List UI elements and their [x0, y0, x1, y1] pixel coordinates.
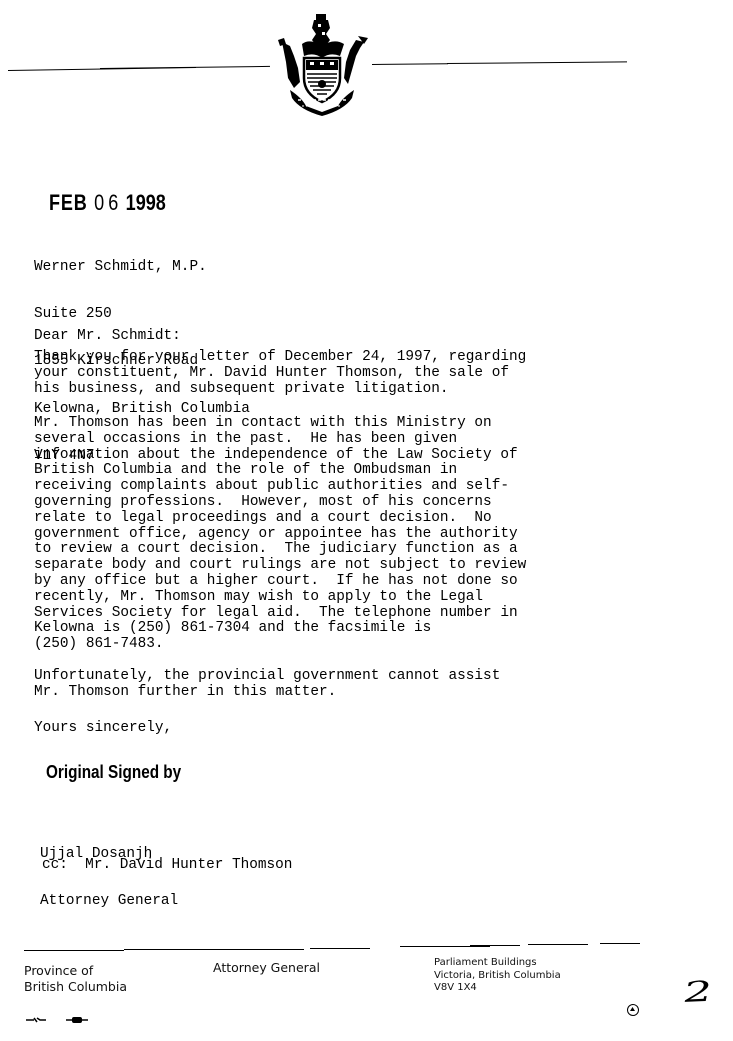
- date-stamp-month: FEB: [49, 190, 88, 215]
- footer-province: Province of British Columbia: [24, 963, 127, 995]
- body-paragraph-3: Unfortunately, the provincial government…: [34, 669, 500, 701]
- signer-title: Attorney General: [40, 894, 178, 910]
- footer-address-line: Parliament Buildings: [434, 957, 561, 970]
- footer-rule: [470, 945, 520, 946]
- coat-of-arms-icon: [272, 12, 372, 116]
- date-stamp-year: 1998: [126, 190, 166, 215]
- footer-rule: [400, 946, 490, 947]
- footer-ministry: Attorney General: [213, 960, 320, 975]
- printer-marks-icon: [24, 1016, 94, 1024]
- footer-province-line: British Columbia: [24, 979, 127, 995]
- handwritten-page-number: 2: [682, 975, 714, 1009]
- closing: Yours sincerely,: [34, 721, 172, 737]
- header-rule-right: [447, 61, 627, 64]
- footer-province-line: Province of: [24, 963, 127, 979]
- footer-address-line: V8V 1X4: [434, 982, 561, 995]
- date-stamp-day: 06: [94, 190, 122, 215]
- signature-stamp: Original Signed by: [46, 762, 181, 783]
- letter-page: FEB061998 Werner Schmidt, M.P. Suite 250…: [0, 0, 733, 1041]
- footer-rule: [124, 949, 304, 950]
- recipient-line: Suite 250: [34, 307, 250, 323]
- cc-line: cc: Mr. David Hunter Thomson: [42, 858, 292, 874]
- footer-rule: [24, 950, 124, 951]
- footer-address-line: Victoria, British Columbia: [434, 970, 561, 983]
- header-rule-left: [100, 66, 270, 69]
- signer-block: Ujjal Dosanjh Attorney General: [40, 815, 178, 941]
- footer-address: Parliament Buildings Victoria, British C…: [434, 957, 561, 995]
- footer-rule: [528, 944, 588, 945]
- header-rule-right: [372, 63, 448, 65]
- body-paragraph-1: Thank you for your letter of December 24…: [34, 350, 526, 397]
- recipient-line: Werner Schmidt, M.P.: [34, 260, 250, 276]
- recycled-paper-icon: [627, 1004, 639, 1016]
- footer-rule: [310, 948, 370, 949]
- date-stamp: FEB061998: [49, 190, 166, 216]
- body-paragraph-2: Mr. Thomson has been in contact with thi…: [34, 416, 526, 653]
- footer-rule: [600, 943, 640, 944]
- salutation: Dear Mr. Schmidt:: [34, 329, 181, 345]
